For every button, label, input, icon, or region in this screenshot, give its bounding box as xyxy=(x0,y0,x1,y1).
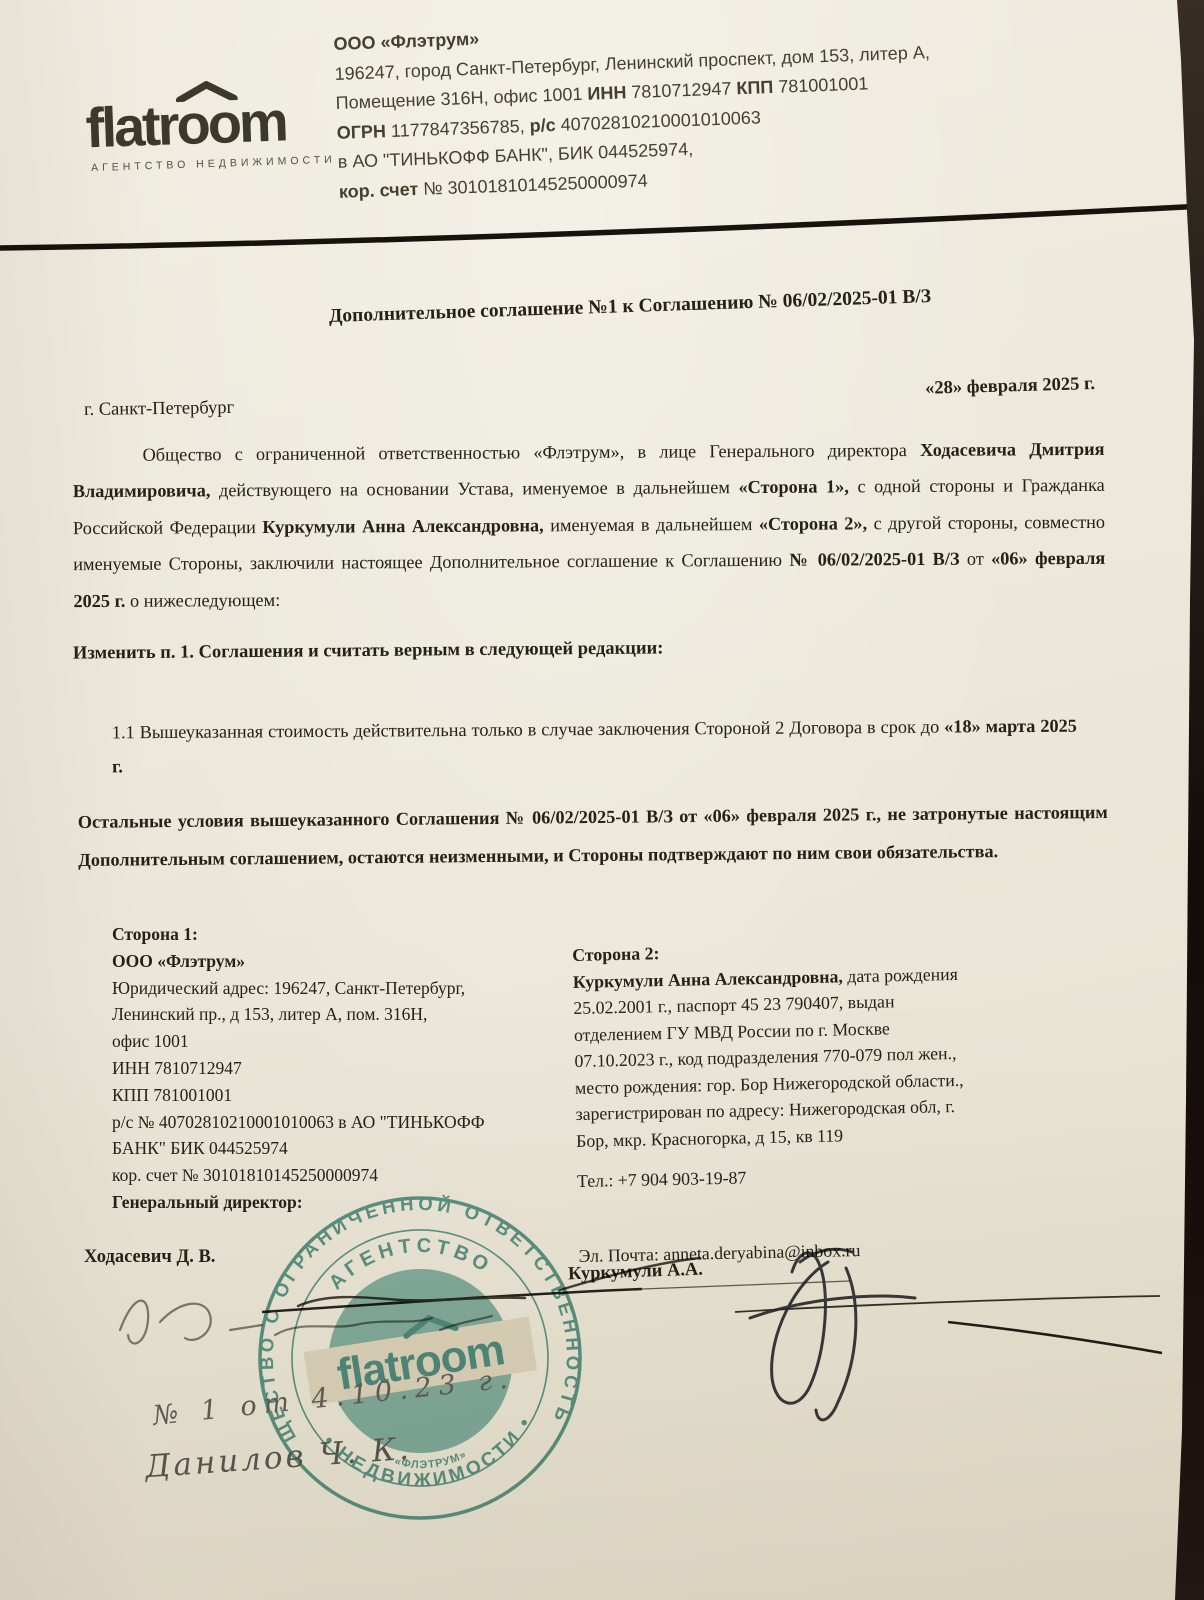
final-clause: Остальные условия вышеуказанного Соглаше… xyxy=(78,794,1109,879)
party2-details: Сторона 2: Куркумули Анна Александровна,… xyxy=(572,932,1059,1269)
party2-signer-name: Куркумули А.А. xyxy=(568,1260,704,1286)
intro-paragraph: Общество с ограниченной ответственностью… xyxy=(72,431,1105,619)
house-roof-icon xyxy=(172,80,241,102)
party2-lines: Куркумули Анна Александровна, дата рожде… xyxy=(573,958,1057,1154)
party2-signature-line-2 xyxy=(948,1322,1162,1353)
party2-phone: Тел.: +7 904 903-19-87 xyxy=(577,1158,1057,1195)
document-date: «28» февраля 2025 г. xyxy=(880,374,1096,401)
party1-signature-line-ext xyxy=(642,1281,850,1289)
flatroom-logo: flatroom АГЕНТСТВО НЕДВИЖИМОСТИ xyxy=(85,92,336,175)
party2-signature-scribble xyxy=(750,1249,915,1420)
amendment-heading: Изменить п. 1. Соглашения и считать верн… xyxy=(73,638,664,664)
document-title: Дополнительное соглашение №1 к Соглашени… xyxy=(170,281,1090,333)
header-divider-line xyxy=(0,206,1204,248)
clause-1-1: 1.1 Вышеуказанная стоимость действительн… xyxy=(112,709,1077,784)
party1-lines: ООО «Флэтрум»Юридический адрес: 196247, … xyxy=(112,948,572,1216)
company-stamp: ОБЩЕСТВО С ОГРАНИЧЕННОЙ ОТВЕТСТВЕННОСТЬЮ… xyxy=(233,1171,607,1545)
party1-heading: Сторона 1: xyxy=(112,921,572,948)
letterhead-requisites: ООО «Флэтрум»196247, город Санкт-Петербу… xyxy=(333,1,1119,206)
party1-details: Сторона 1: ООО «Флэтрум»Юридический адре… xyxy=(112,921,572,1216)
party1-signer-name: Ходасевич Д. В. xyxy=(84,1247,215,1268)
document-city: г. Санкт-Петербург xyxy=(84,398,234,421)
party2-signature-line xyxy=(735,1296,1160,1312)
logo-wordmark: flatroom xyxy=(85,92,335,157)
